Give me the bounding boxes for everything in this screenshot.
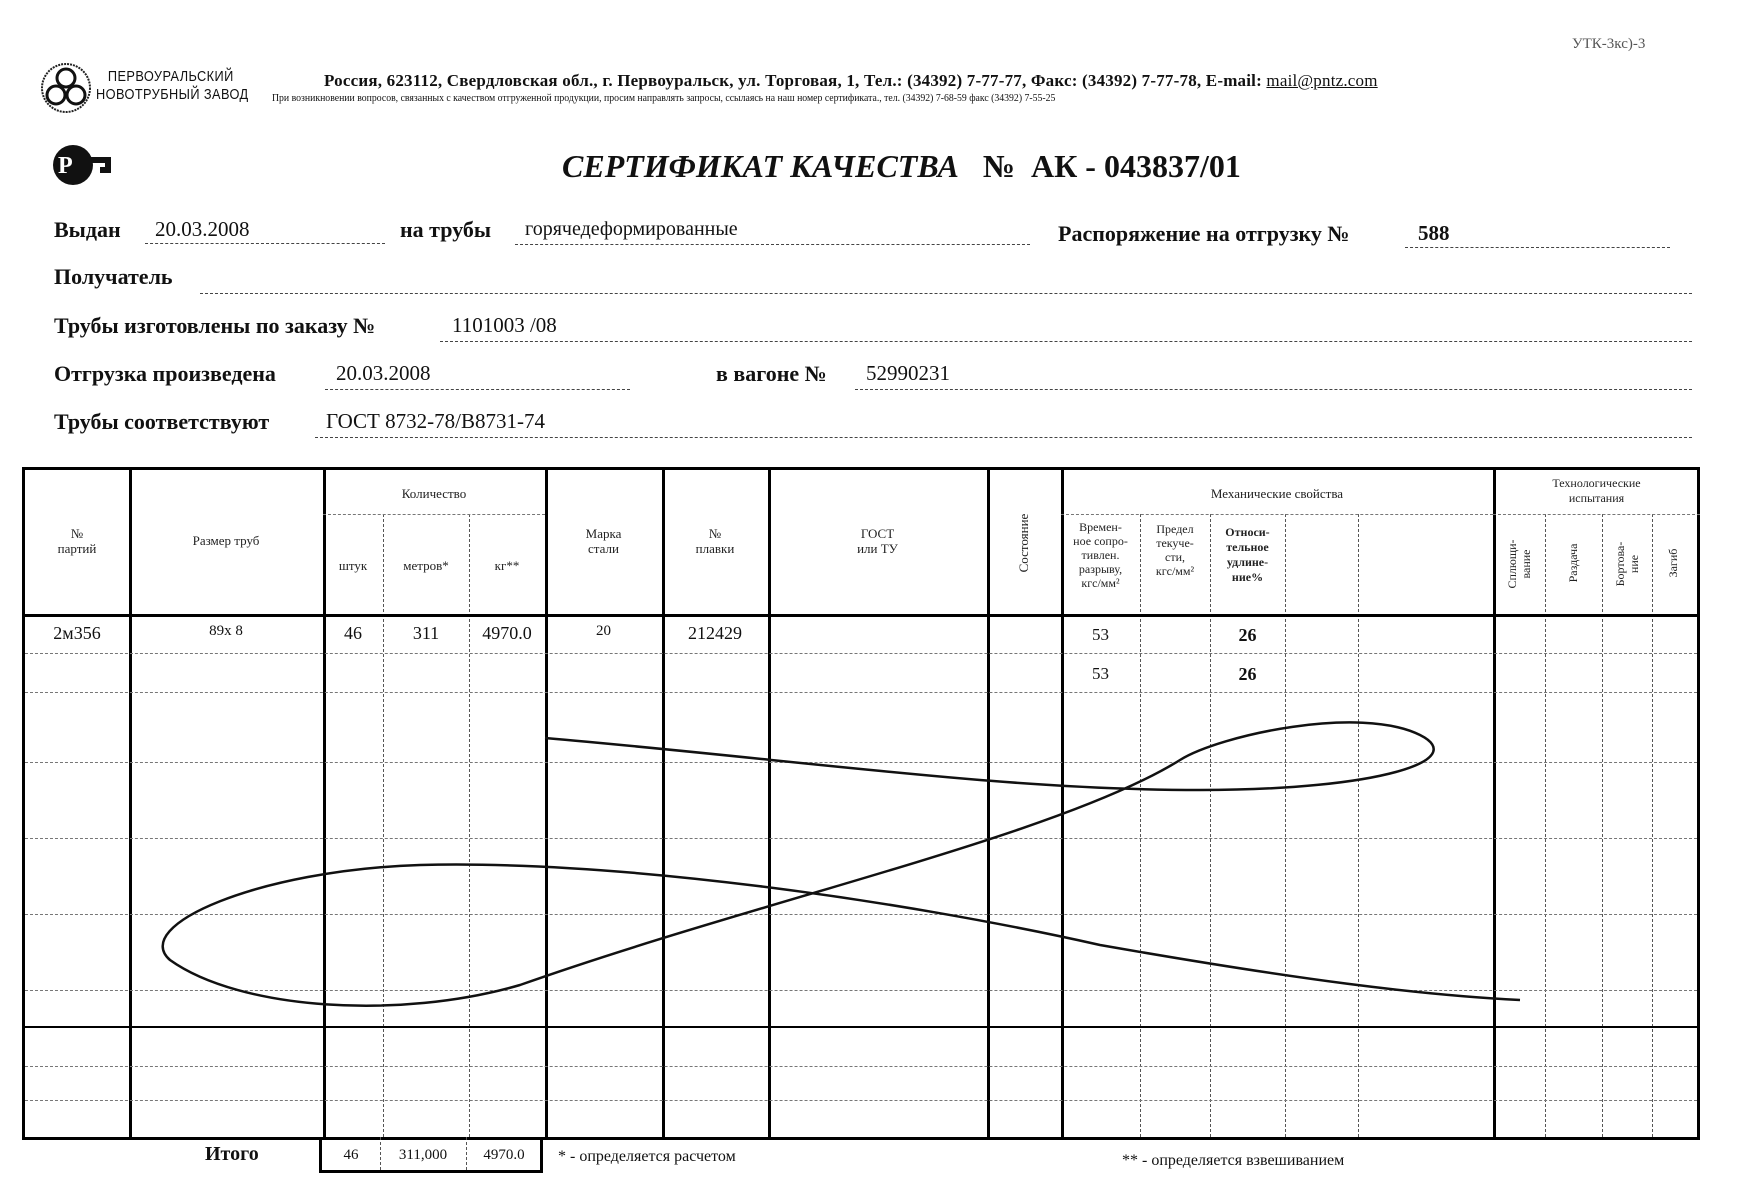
- number-sign: №: [983, 148, 1015, 184]
- order-made-label: Трубы изготовлены по заказу №: [54, 313, 375, 339]
- header-heat-no: № плавки: [662, 526, 768, 556]
- totals-kg: 4970.0: [466, 1147, 542, 1164]
- header-condition: Состояние: [1017, 494, 1031, 592]
- header-flanging: Бортова- ние: [1613, 529, 1641, 599]
- quality-table: № партий Размер труб Количество штук мет…: [22, 467, 1700, 1140]
- plant-name: ПЕРВОУРАЛЬСКИЙ НОВОТРУБНЫЙ ЗАВОД: [96, 68, 249, 104]
- recipient-underline: [200, 293, 1692, 294]
- certificate-number: АК - 043837/01: [1031, 148, 1241, 184]
- wagon-underline: [855, 389, 1692, 390]
- header-kg: кг**: [469, 558, 545, 573]
- cell-steel-grade: 20: [545, 623, 662, 640]
- form-code: УТК-3кс)-3: [1572, 36, 1645, 53]
- totals-label: Итого: [205, 1143, 259, 1166]
- header-tech-tests: Технологические испытания: [1493, 476, 1700, 506]
- subcol-divider: [1545, 514, 1546, 1137]
- cell-pcs: 46: [323, 623, 383, 644]
- plant-name-line1: ПЕРВОУРАЛЬСКИЙ: [96, 68, 249, 86]
- subcol-divider: [1358, 514, 1359, 1137]
- col-divider: [1493, 470, 1496, 1137]
- col-divider: [662, 470, 665, 1137]
- shipping-order-label: Распоряжение на отгрузку №: [1058, 221, 1350, 247]
- header-steel-grade: Марка стали: [545, 526, 662, 556]
- issued-label: Выдан: [54, 217, 121, 243]
- header-yield: Предел текуче- сти, кгс/мм²: [1140, 522, 1210, 578]
- row-divider: [25, 914, 1697, 915]
- cell-meters: 311: [383, 623, 469, 644]
- svg-text:P: P: [58, 153, 73, 179]
- issued-underline: [145, 243, 385, 244]
- wagon-value: 52990231: [866, 361, 950, 386]
- totals-pcs: 46: [322, 1147, 380, 1164]
- header-bottom-rule: [25, 614, 1697, 617]
- subcol-divider: [1210, 514, 1211, 1137]
- col-divider: [768, 470, 771, 1137]
- row-divider: [25, 1100, 1697, 1101]
- cell-size: 89х 8: [129, 623, 323, 640]
- footnote-calc: * - определяется расчетом: [558, 1148, 736, 1166]
- address-text: Россия, 623112, Свердловская обл., г. Пе…: [324, 71, 1266, 90]
- order-made-underline: [440, 341, 1692, 342]
- col-divider: [129, 470, 132, 1137]
- pipes-label: на трубы: [400, 217, 491, 243]
- header-quantity: Количество: [323, 486, 545, 501]
- row-divider: [25, 1026, 1697, 1028]
- group-divider: [323, 514, 545, 515]
- shipping-order-value: 588: [1418, 221, 1450, 246]
- email-link[interactable]: mail@pntz.com: [1266, 71, 1377, 90]
- row-divider: [25, 653, 1697, 654]
- row-divider: [25, 692, 1697, 693]
- cell-tensile: 53: [1061, 664, 1140, 684]
- subcol-divider: [1140, 514, 1141, 1137]
- header-bending: Загиб: [1666, 535, 1680, 591]
- row-divider: [25, 838, 1697, 839]
- address-line: Россия, 623112, Свердловская обл., г. Пе…: [324, 71, 1378, 91]
- col-divider: [545, 470, 548, 1137]
- cell-batch-no: 2м356: [25, 623, 129, 644]
- conforms-value: ГОСТ 8732-78/В8731-74: [326, 409, 545, 434]
- header-flaring: Раздача: [1566, 530, 1580, 596]
- conforms-underline: [315, 437, 1692, 438]
- cell-heat-no: 212429: [662, 623, 768, 644]
- group-divider: [1493, 514, 1700, 515]
- col-divider: [987, 470, 990, 1137]
- plant-logo-icon: [40, 62, 92, 114]
- wagon-label: в вагоне №: [716, 361, 827, 387]
- subcol-divider: [1602, 514, 1603, 1137]
- cell-elongation: 26: [1210, 625, 1285, 646]
- order-made-value: 1101003 /08: [452, 313, 557, 338]
- header-gost: ГОСТ или ТУ: [768, 526, 987, 556]
- header-mechanical: Механические свойства: [1061, 486, 1493, 501]
- shipped-value: 20.03.2008: [336, 361, 431, 386]
- conforms-label: Трубы соответствуют: [54, 409, 269, 435]
- footnote-weigh: ** - определяется взвешиванием: [1122, 1152, 1344, 1170]
- contact-note: При возникновении вопросов, связанных с …: [272, 93, 1055, 104]
- row-divider: [25, 762, 1697, 763]
- row-divider: [25, 1066, 1697, 1067]
- subcol-divider: [1652, 514, 1653, 1137]
- cell-tensile: 53: [1061, 625, 1140, 645]
- cell-kg: 4970.0: [469, 623, 545, 644]
- certificate-title-label: СЕРТИФИКАТ КАЧЕСТВА: [562, 148, 959, 184]
- shipped-label: Отгрузка произведена: [54, 361, 276, 387]
- header-pcs: штук: [323, 558, 383, 573]
- issued-value: 20.03.2008: [155, 217, 250, 242]
- header-size: Размер труб: [129, 533, 323, 548]
- header-batch-no: № партий: [25, 526, 129, 556]
- plant-name-line2: НОВОТРУБНЫЙ ЗАВОД: [96, 86, 249, 104]
- row-divider: [25, 990, 1697, 991]
- cell-elongation: 26: [1210, 664, 1285, 685]
- pipes-underline: [515, 244, 1030, 245]
- pipes-value: горячедеформированные: [525, 218, 738, 241]
- group-divider: [1061, 514, 1493, 515]
- shipping-order-underline: [1405, 247, 1670, 248]
- subcol-divider: [1285, 514, 1286, 1137]
- subcol-divider: [469, 514, 470, 1137]
- recipient-label: Получатель: [54, 264, 173, 290]
- rst-certification-logo-icon: P: [48, 140, 116, 190]
- header-tensile: Времен- ное сопро- тивлен. разрыву, кгс/…: [1061, 520, 1140, 590]
- header-meters: метров*: [383, 558, 469, 573]
- header-elongation: Относи- тельное удлине- ние%: [1210, 525, 1285, 585]
- certificate-title: СЕРТИФИКАТ КАЧЕСТВА № АК - 043837/01: [562, 148, 1241, 185]
- shipped-underline: [325, 389, 630, 390]
- totals-meters: 311,000: [380, 1147, 466, 1164]
- subcol-divider: [383, 514, 384, 1137]
- header-flattening: Сплющи- вание: [1505, 526, 1533, 602]
